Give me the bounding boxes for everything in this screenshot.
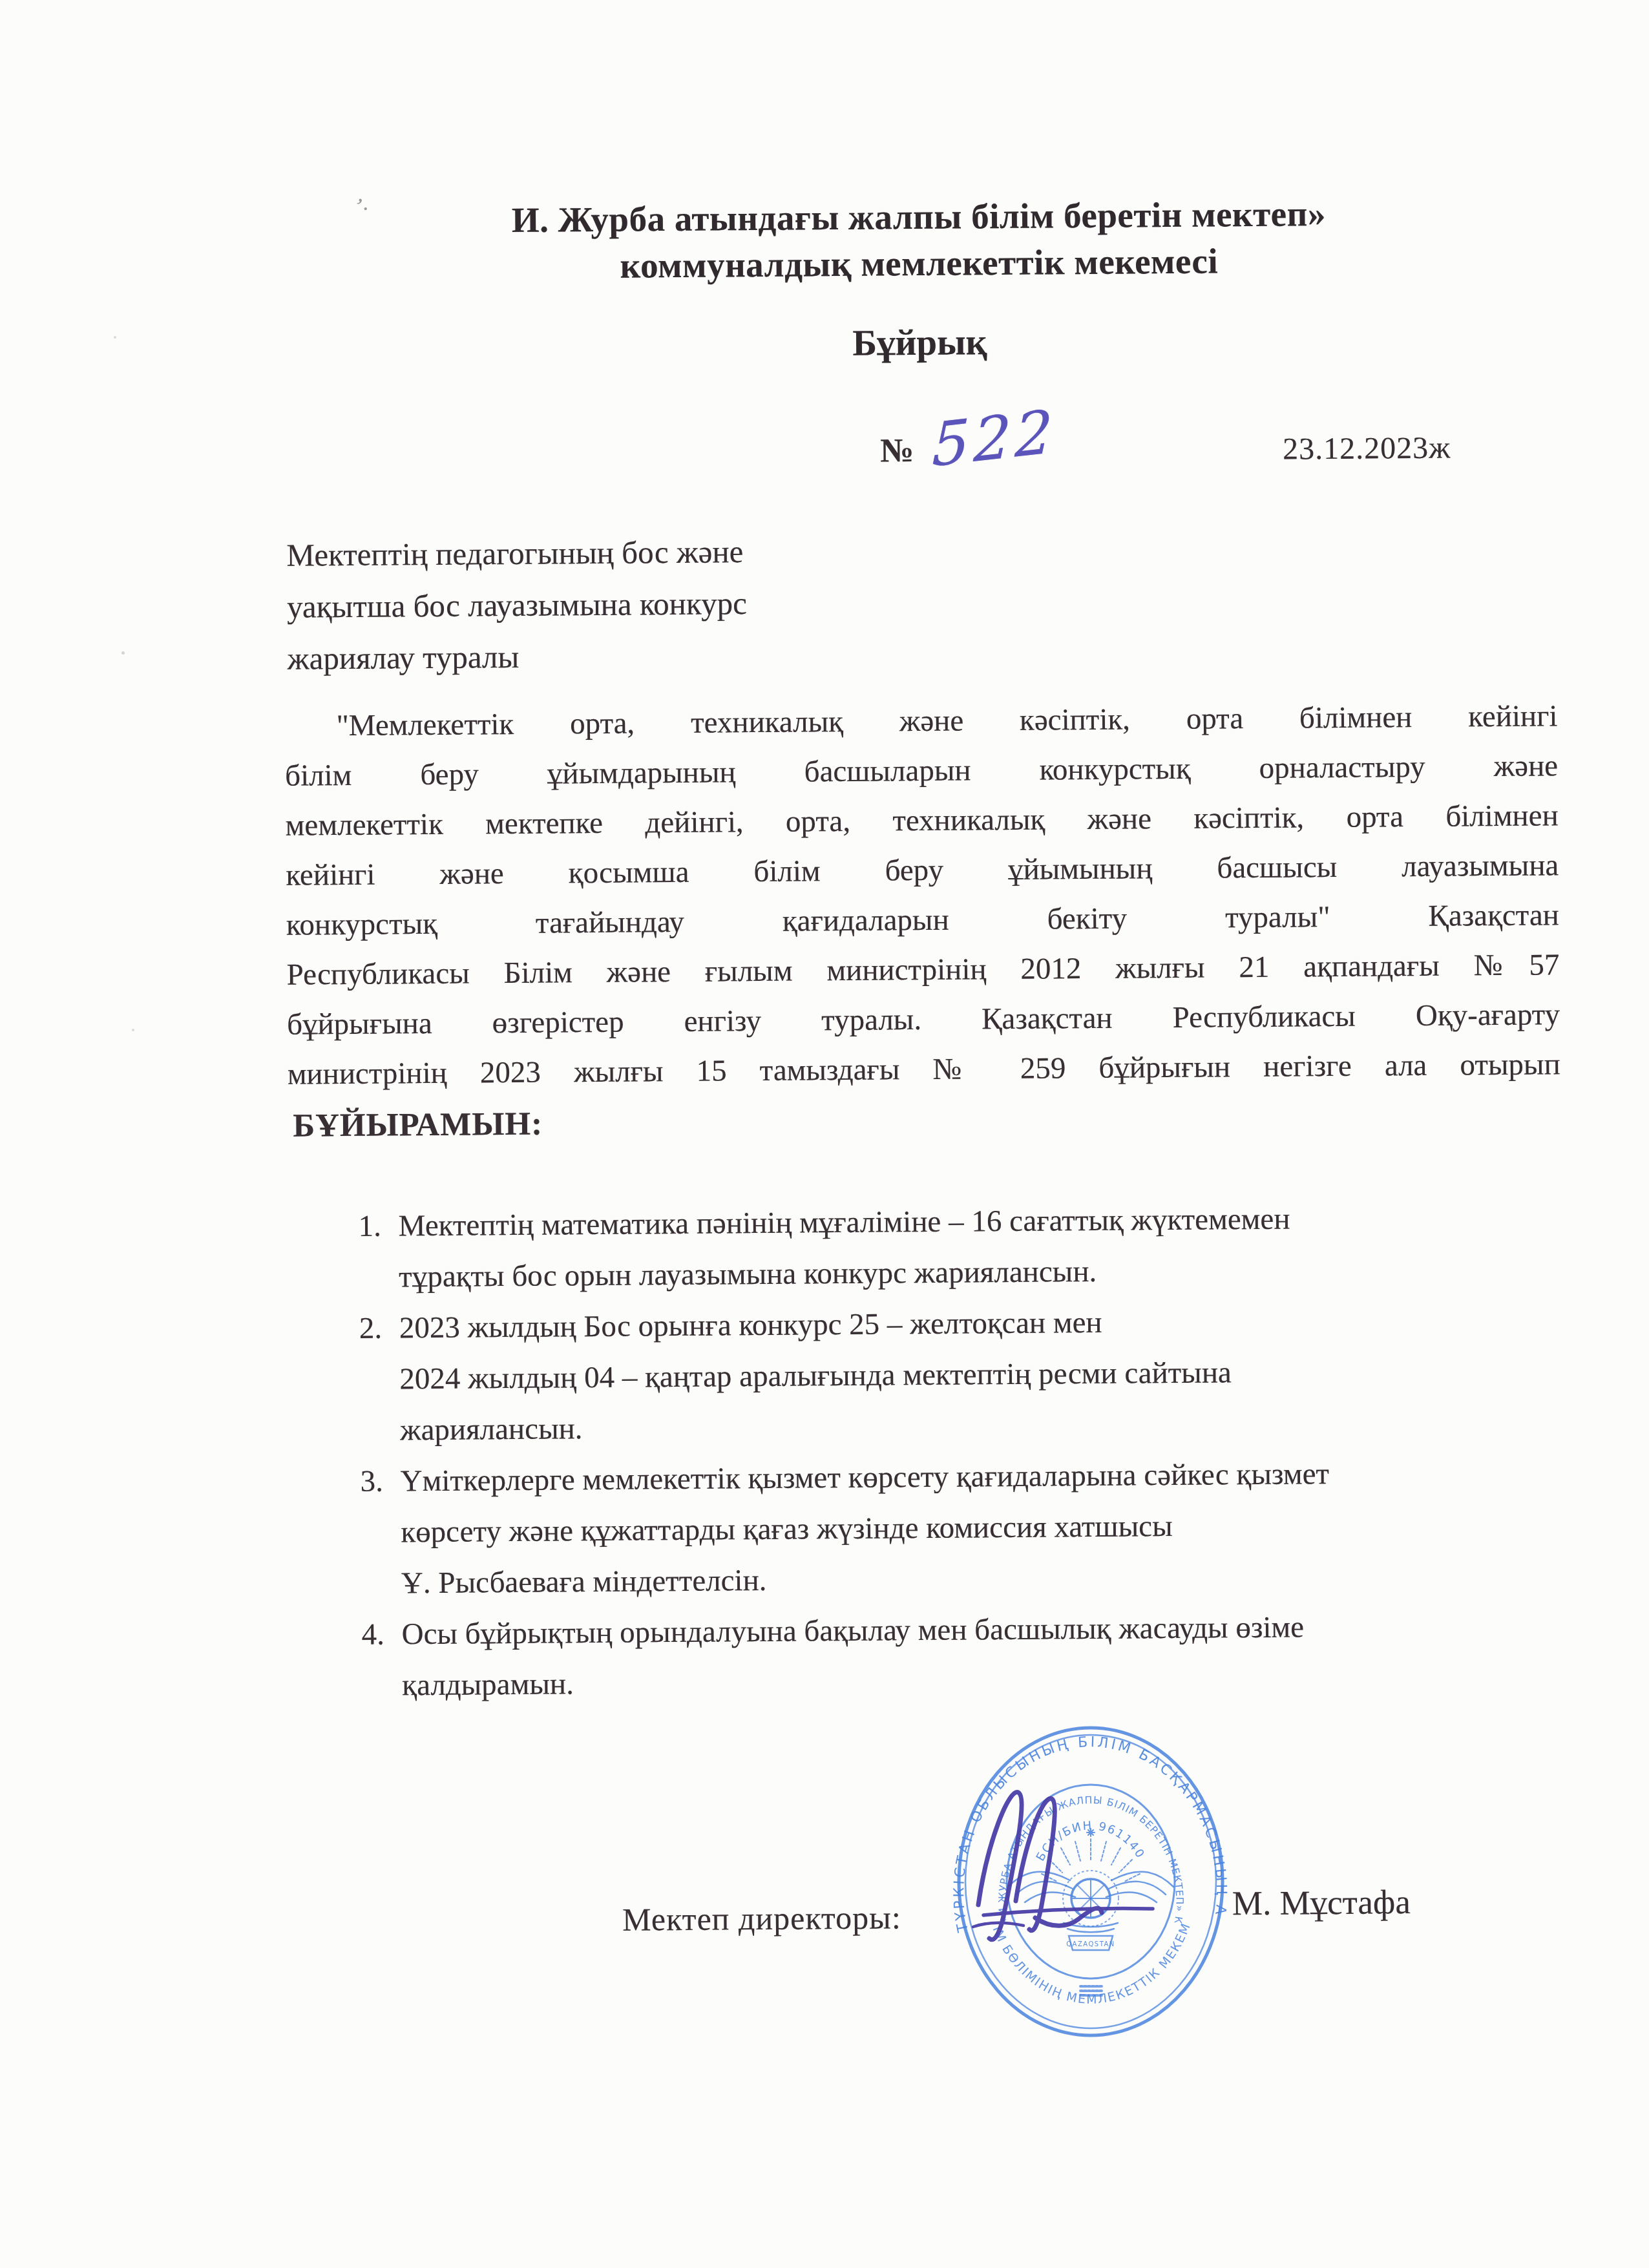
signature-row: Мектеп директоры: М. Мұстафа — [294, 1893, 1568, 1955]
order-body-paragraph: "Мемлекеттік орта, техникалық және кәсіп… — [284, 691, 1560, 1099]
order-date: 23.12.2023ж — [1283, 430, 1451, 467]
director-signature-stroke — [938, 1764, 1177, 1951]
item-number: 1. — [358, 1201, 399, 1252]
list-item: 2. 2023 жылдың Бос орынға конкурс 25 – ж… — [359, 1294, 1564, 1456]
org-header: И. Журба атындағы жалпы білім беретін ме… — [280, 189, 1557, 292]
scan-speck — [132, 1029, 134, 1031]
document-content: И. Журба атындағы жалпы білім беретін ме… — [279, 0, 1573, 2268]
item-text: Үміткерлерге мемлекеттік қызмет көрсету … — [400, 1447, 1564, 1609]
body-line: министрінің 2023 жылғы 15 тамыздағы № 25… — [287, 1040, 1560, 1099]
item-number: 2. — [359, 1303, 400, 1354]
list-item: 4. Осы бұйрықтың орындалуына бақылау мен… — [361, 1600, 1565, 1712]
item-text: Мектептің математика пәнінің мұғаліміне … — [398, 1192, 1562, 1303]
order-items-list: 1. Мектептің математика пәнінің мұғалімі… — [358, 1192, 1565, 1712]
scan-speck — [121, 651, 125, 655]
number-date-row: № 522 23.12.2023ж — [282, 408, 1559, 503]
signer-role: Мектеп директоры: — [622, 1898, 901, 1938]
order-number-handwritten: 522 — [931, 397, 1057, 481]
list-item: 3. Үміткерлерге мемлекеттік қызмет көрсе… — [360, 1447, 1564, 1610]
item-number: 4. — [361, 1609, 402, 1660]
item-text: 2023 жылдың Бос орынға конкурс 25 – желт… — [399, 1294, 1564, 1456]
order-number-label: № — [880, 432, 914, 470]
signer-name: М. Мұстафа — [1232, 1883, 1411, 1923]
resolution-word: БҰЙЫРАМЫН: — [293, 1106, 543, 1145]
list-item: 1. Мектептің математика пәнінің мұғалімі… — [358, 1192, 1562, 1303]
order-subject: Мектептің педагогының бос және уақытша б… — [286, 525, 934, 685]
scanned-order-document: И. Журба атындағы жалпы білім беретін ме… — [0, 0, 1649, 2268]
item-number: 3. — [360, 1456, 401, 1507]
order-title: Бұйрық — [282, 317, 1558, 369]
item-text: Осы бұйрықтың орындалуына бақылау мен ба… — [401, 1600, 1565, 1711]
org-name-line2: коммуналдық мемлекеттік мекемесі — [281, 235, 1558, 292]
scan-speck — [114, 336, 116, 339]
